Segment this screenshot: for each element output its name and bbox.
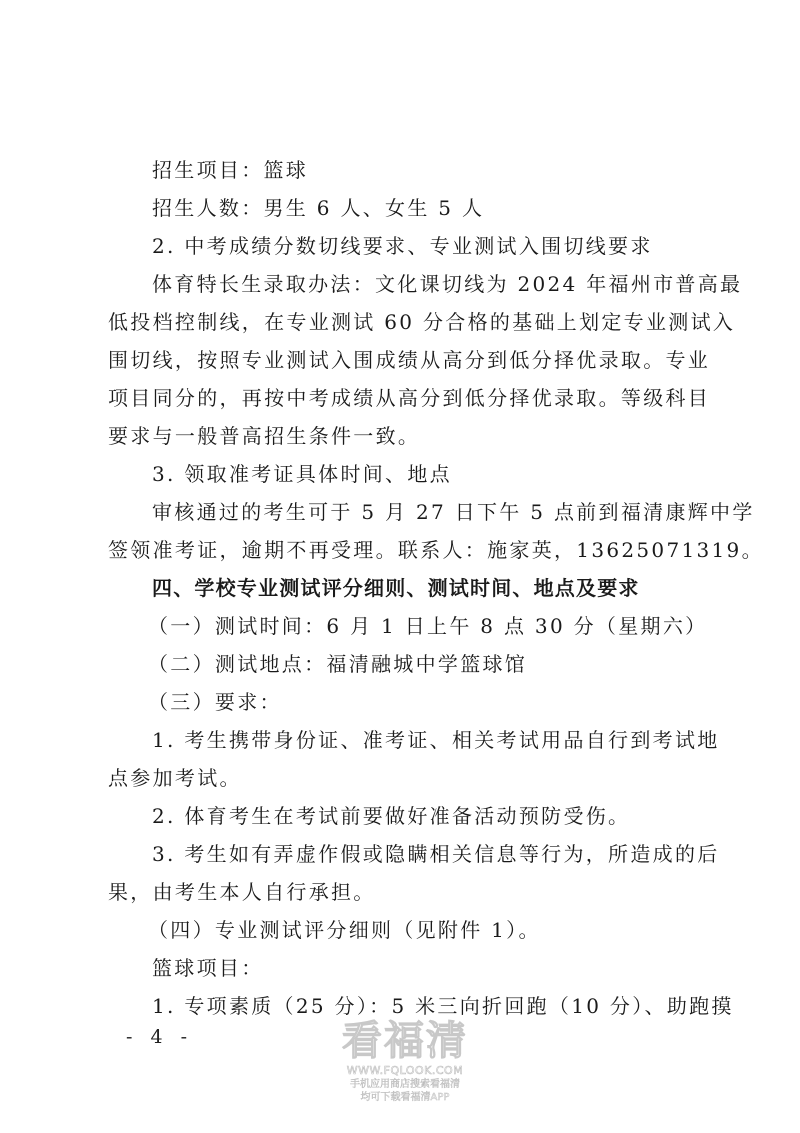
requirement-3-line: 3. 考生如有弄虚作假或隐瞒相关信息等行为，所造成的后 [152,840,720,868]
test-location-line: （二）测试地点：福清融城中学篮球馆 [148,650,527,678]
enrollment-sport-line: 招生项目：篮球 [152,156,308,184]
test-time-line: （一）测试时间：6 月 1 日上午 8 点 30 分（星期六） [148,612,707,640]
paragraph-line: 低投档控制线，在专业测试 60 分合格的基础上划定专业测试入 [108,308,735,336]
watermark: 看福清 WWW.FQLOOK.COM 手机应用商店搜索看福清 均可下载看福清AP… [330,1018,480,1104]
requirement-3-cont: 果，由考生本人自行承担。 [108,878,376,906]
paragraph-line: 项目同分的，再按中考成绩从高分到低分择优录取。等级科目 [108,384,710,412]
item-1-line: 1. 专项素质（25 分）：5 米三向折回跑（10 分）、助跑摸 [152,992,734,1020]
requirement-1-line: 1. 考生携带身份证、准考证、相关考试用品自行到考试地 [152,726,720,754]
requirement-2-line: 2. 体育考生在考试前要做好准备活动预防受伤。 [152,802,630,830]
watermark-line-1: 手机应用商店搜索看福清 [330,1078,480,1091]
paragraph-line: 要求与一般普高招生条件一致。 [108,422,420,450]
section-3-title: 3. 领取准考证具体时间、地点 [152,460,452,488]
paragraph-line: 体育特长生录取办法：文化课切线为 2024 年福州市普高最 [152,270,742,298]
scoring-rules-line: （四）专业测试评分细则（见附件 1）。 [148,916,541,944]
watermark-line-2: 均可下载看福清APP [330,1091,480,1104]
basketball-items-title: 篮球项目： [152,954,264,982]
requirements-title: （三）要求： [148,688,282,716]
paragraph-line: 围切线，按照专业测试入围成绩从高分到低分择优录取。专业 [108,346,710,374]
watermark-logo: 看福清 [330,1018,480,1064]
section-four-heading: 四、学校专业测试评分细则、测试时间、地点及要求 [152,574,640,602]
section-2-title: 2. 中考成绩分数切线要求、专业测试入围切线要求 [152,232,653,260]
requirement-1-cont: 点参加考试。 [108,764,242,792]
enrollment-count-line: 招生人数：男生 6 人、女生 5 人 [152,194,484,222]
watermark-url: WWW.FQLOOK.COM [330,1064,480,1078]
contact-line: 签领准考证，逾期不再受理。联系人：施家英，13625071319。 [108,536,764,564]
paragraph-line: 审核通过的考生可于 5 月 27 日下午 5 点前到福清康辉中学 [152,498,755,526]
page-number: - 4 - [126,1026,193,1048]
